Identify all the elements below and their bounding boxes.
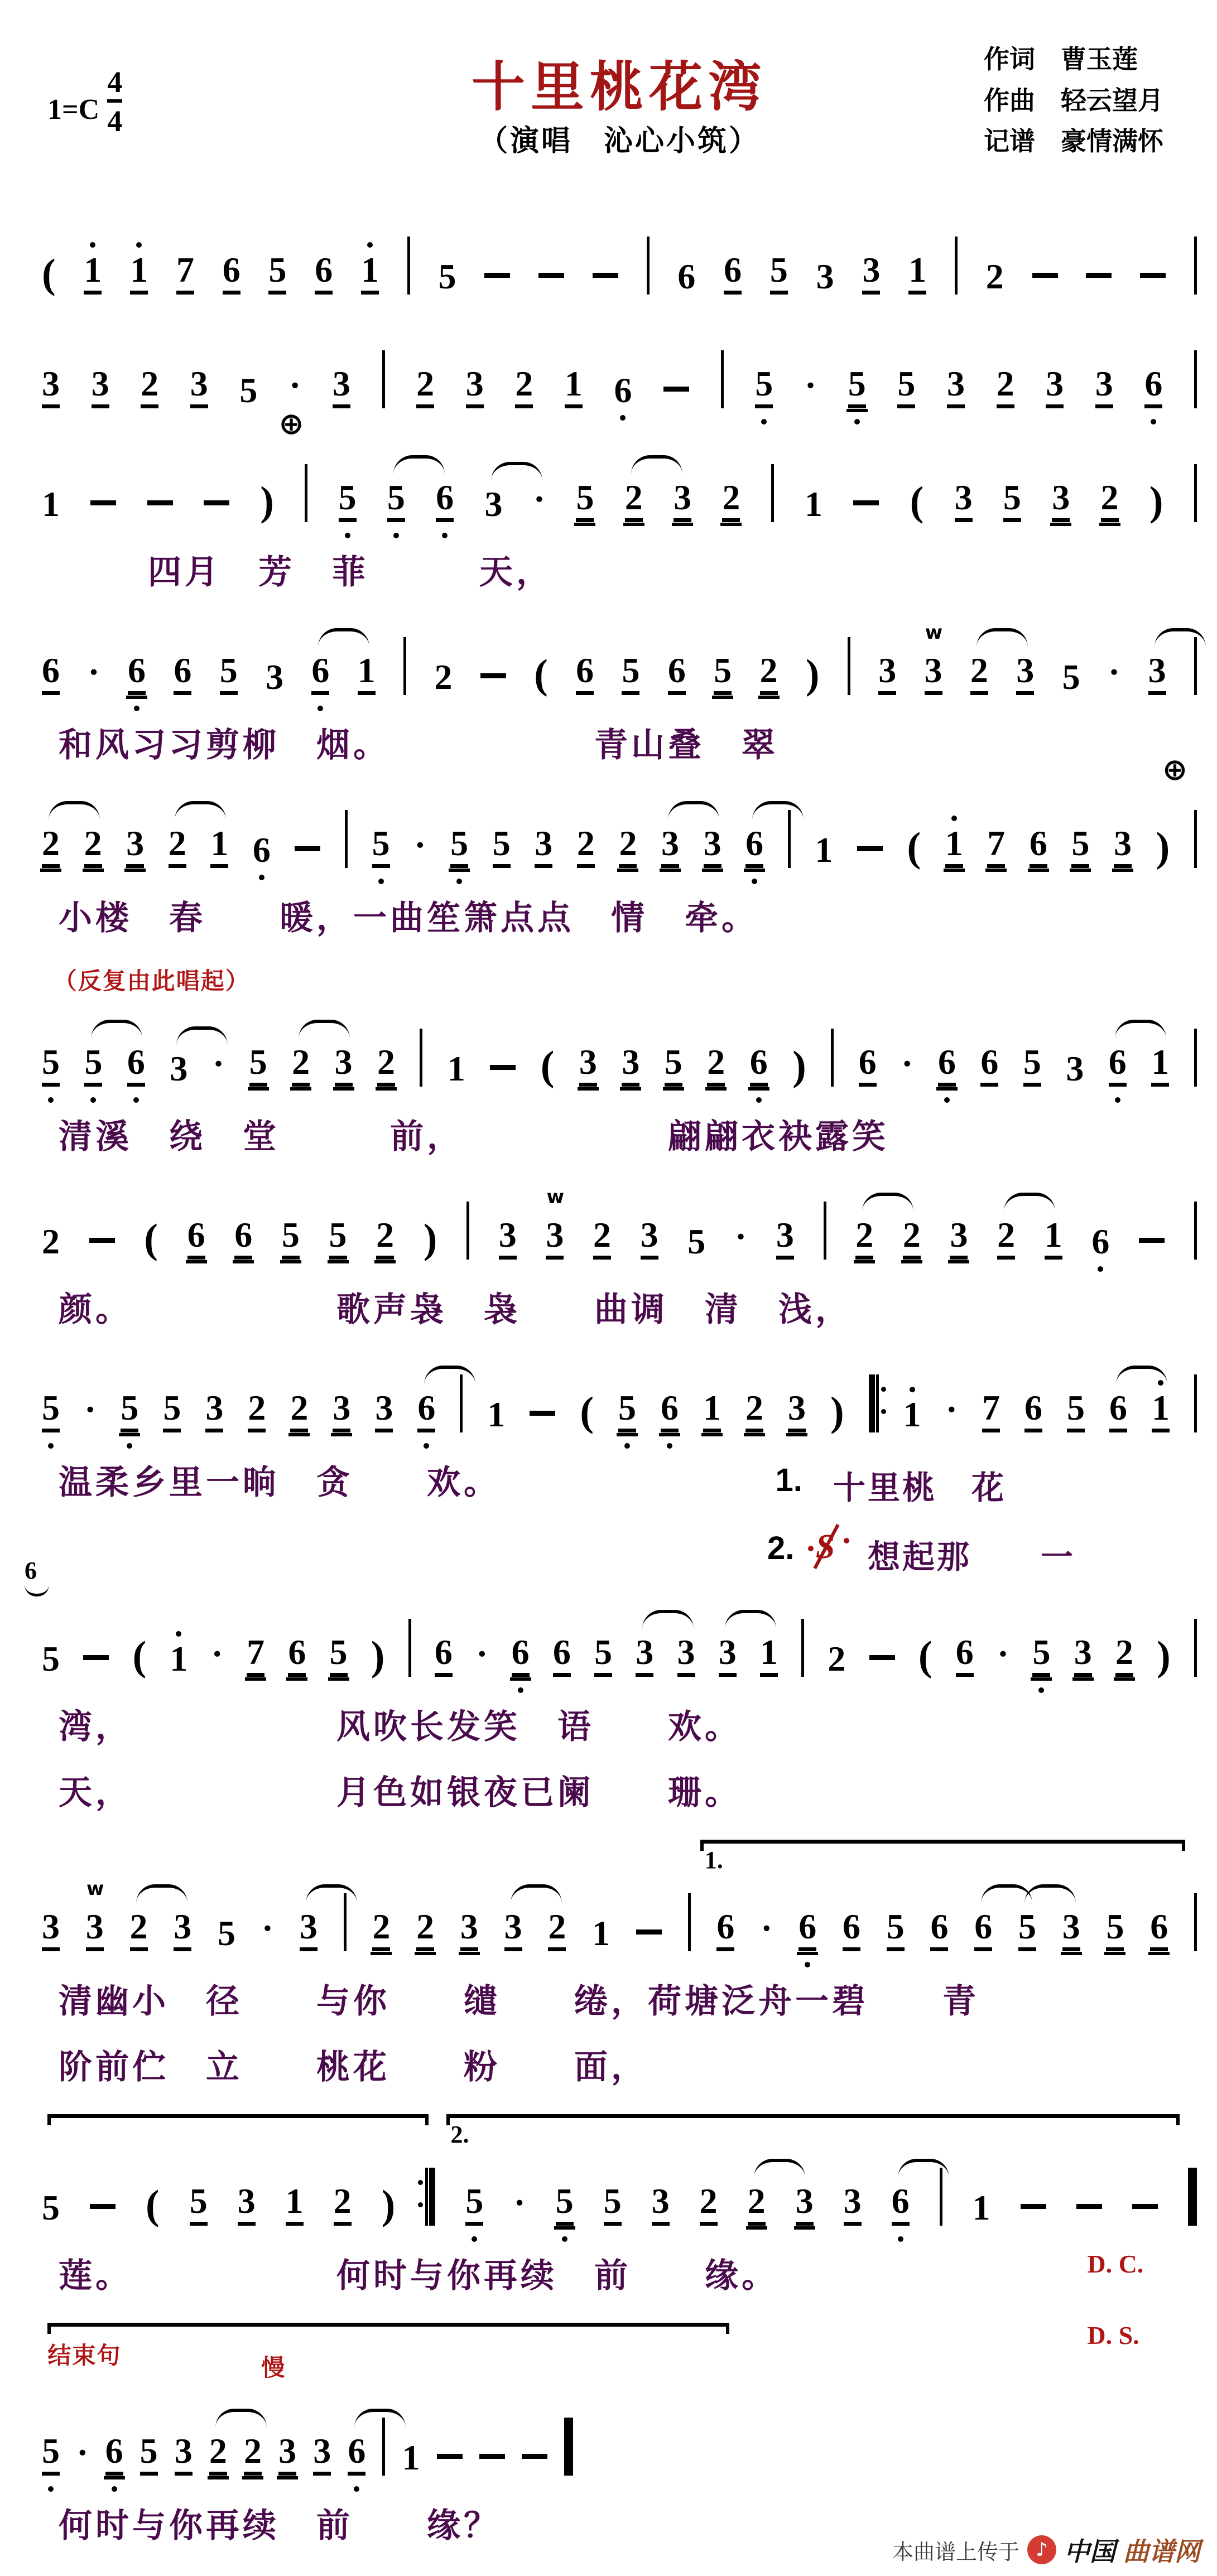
note-token: 5 <box>42 1641 60 1677</box>
note-token: 3 <box>950 1217 968 1260</box>
note-digit: 3 <box>950 1215 968 1255</box>
dotted-note-dot: · <box>513 2182 525 2223</box>
note-digit: 2 <box>986 257 1004 296</box>
octave-dot-below-icon <box>48 1097 54 1103</box>
note-token: 5 <box>387 480 405 522</box>
note-digit: 3 <box>652 2181 670 2221</box>
octave-dot-below-icon <box>456 879 462 884</box>
slur-arc-icon <box>511 1884 562 1903</box>
note-token: 5 <box>618 1390 636 1432</box>
octave-dot-above-icon <box>176 1631 181 1637</box>
note-token: 3 <box>776 1217 794 1260</box>
note-token: 1 <box>402 2440 420 2476</box>
note-token: 2 <box>997 1217 1015 1260</box>
note-digit: 6 <box>668 650 686 690</box>
note-digit: 6 <box>798 1907 816 1946</box>
barline <box>1194 1029 1197 1087</box>
duration-dash <box>479 2454 505 2459</box>
octave-dot-below-icon <box>518 1687 523 1693</box>
duration-dash <box>1140 273 1166 278</box>
lyric-text: 四月 芳 菲 天， <box>148 553 553 592</box>
note-digit: 6 <box>234 1215 252 1255</box>
note-digit: 5 <box>687 1222 705 1261</box>
note-digit: 6 <box>1109 1388 1127 1427</box>
note-token: 6 <box>512 1634 530 1677</box>
duration-dash <box>1132 2204 1158 2209</box>
note-digit: 3 <box>579 1042 597 1082</box>
lyric-line: 阶前伫 立 桃花 粉 面， <box>42 2040 1197 2096</box>
transcriber-credit: 记谱 豪情满怀 <box>984 121 1163 162</box>
note-token: 6 <box>745 826 763 868</box>
note-token: 7 <box>982 1390 1000 1432</box>
note-digit: 5 <box>714 650 732 690</box>
slur-arc-icon <box>306 1884 357 1903</box>
duration-dash <box>147 500 173 505</box>
note-digit: 2 <box>290 1388 308 1427</box>
note-digit: 2 <box>292 1042 310 1082</box>
note-token: 2 <box>986 259 1004 295</box>
note-digit: 3 <box>126 823 144 863</box>
note-token: 5 <box>42 2190 60 2226</box>
note-token: 6 <box>661 1390 679 1432</box>
note-token: 3w <box>86 1909 104 1951</box>
note-digit: 3 <box>844 2181 862 2221</box>
lyric-text: 温柔乡里一晌 贪 欢。 <box>59 1463 501 1502</box>
note-digit: 6 <box>253 830 271 870</box>
note-digit: 1 <box>1045 1215 1062 1255</box>
note-token: 3 <box>674 480 691 522</box>
note-digit: 5 <box>618 1388 636 1427</box>
note-digit: 5 <box>190 2181 208 2221</box>
note-token: 2 <box>1101 480 1119 522</box>
note-token: 6 <box>127 1044 145 1087</box>
slur-arc-icon <box>49 801 100 820</box>
note-token: 5 <box>439 259 456 295</box>
site-brand-cn: 中国 <box>1064 2531 1115 2568</box>
note-digit: 1 <box>903 1395 921 1434</box>
note-digit: 7 <box>247 1632 264 1672</box>
lyric-text: 清溪 绕 堂 前， 翩翩衣袂露笑 <box>59 1117 889 1156</box>
note-token: 3 <box>677 1634 695 1677</box>
note-token: 6 <box>677 259 695 295</box>
note-digit: 5 <box>604 2181 622 2221</box>
note-digit: 6 <box>42 650 60 690</box>
note-token: 5 <box>140 2433 158 2476</box>
note-token: 1 <box>908 252 926 295</box>
parenthesis: ) <box>830 1391 844 1432</box>
duration-dash <box>90 500 116 505</box>
barline <box>1194 810 1197 868</box>
note-token: 6 <box>105 2433 123 2476</box>
note-token: 2 <box>416 366 434 408</box>
note-digit: 1 <box>487 1395 505 1434</box>
note-token: 1 <box>1152 1390 1170 1432</box>
lyric-text: 阶前伫 立 桃花 粉 面， <box>59 2048 648 2087</box>
note-digit: 6 <box>980 1042 998 1082</box>
parenthesis: ( <box>146 2184 160 2226</box>
note-digit: 3 <box>375 1388 393 1427</box>
barline <box>721 350 724 408</box>
note-token: 3 <box>375 1390 393 1432</box>
note-digit: 1 <box>945 823 963 863</box>
barline <box>420 1029 422 1087</box>
music-line: 33w235·32233216·665665356 <box>42 1868 1197 1971</box>
octave-dot-below-icon <box>112 2486 117 2492</box>
octave-dot-below-icon <box>472 2236 477 2242</box>
note-token: 3 <box>652 2183 670 2226</box>
repeat-end-barline <box>425 2168 435 2226</box>
slur-arc-icon <box>215 2409 267 2428</box>
note-token: 6 <box>253 832 271 868</box>
slur-arc-icon <box>175 801 226 820</box>
note-token: 5 <box>329 1217 347 1260</box>
note-token: 2 <box>515 366 533 408</box>
note-digit: 3 <box>175 2431 193 2471</box>
note-digit: 6 <box>435 1632 453 1672</box>
note-digit: 2 <box>748 2181 766 2221</box>
lyric-line: 颜。 歌声袅 袅 曲调 清 浅， <box>42 1283 1197 1339</box>
lyric-line: 和风习习剪柳 烟。 青山叠 翠 <box>42 718 1197 774</box>
note-token: 2 <box>434 659 452 695</box>
note-token: 1 <box>703 1390 721 1432</box>
note-token: 6 <box>311 653 329 695</box>
octave-dot-below-icon <box>48 1443 54 1449</box>
music-line: (117656156653312 <box>42 211 1197 315</box>
note-token: 2 <box>248 1390 266 1432</box>
note-token: 2 <box>169 826 186 868</box>
note-digit: 6 <box>716 1907 734 1946</box>
note-token: 3 <box>278 2433 296 2476</box>
note-token: 6 <box>288 1634 306 1677</box>
octave-dot-below-icon <box>133 1097 139 1103</box>
lyric-line: 清溪 绕 堂 前， 翩翩衣袂露笑 <box>42 1110 1197 1166</box>
note-token: 6 <box>417 1390 435 1432</box>
octave-dot-below-icon <box>1151 419 1156 424</box>
barline <box>1194 464 1197 522</box>
note-digit: 1 <box>908 250 926 290</box>
note-token: 2 <box>619 826 637 868</box>
note-token: 1 <box>361 252 379 295</box>
duration-dash <box>90 2204 116 2209</box>
note-token: 5 <box>1067 1390 1085 1432</box>
note-token: 1 <box>130 252 148 295</box>
slur-arc-icon <box>862 1193 913 1212</box>
note-digit: 6 <box>661 1388 679 1427</box>
note-token: 6 <box>223 252 240 295</box>
note-digit: 5 <box>239 370 257 410</box>
note-digit: 6 <box>553 1632 571 1672</box>
note-digit: 2 <box>416 364 434 403</box>
note-token: 5 <box>848 366 866 408</box>
note-digit: 5 <box>163 1388 181 1427</box>
note-digit: 3 <box>333 1388 350 1427</box>
note-digit: 3 <box>925 650 942 690</box>
note-token: 5 <box>249 1044 267 1087</box>
note-token: 3 <box>955 480 973 522</box>
music-line: 5·553223361(56123)1·76561 <box>42 1349 1197 1453</box>
note-token: 3 <box>266 659 283 695</box>
note-digit: 1 <box>805 484 822 524</box>
note-token: 1 <box>760 1634 778 1677</box>
segno-icon: S <box>816 1527 835 1567</box>
lyric-line: 湾， 风吹长发笑 语 欢。 <box>42 1700 1197 1756</box>
note-token: 5 <box>42 1044 60 1087</box>
slur-arc-icon <box>491 462 542 481</box>
duration-dash <box>89 1238 115 1243</box>
note-digit: 3 <box>546 1215 564 1255</box>
duration-dash <box>204 500 229 505</box>
dc-mark: D. C. <box>1087 2249 1143 2279</box>
lyric-text: 和风习习剪柳 烟。 青山叠 翠 <box>59 726 778 765</box>
note-token: 3 <box>1095 366 1113 408</box>
note-token: 3 <box>1046 366 1064 408</box>
note-token: 5 <box>330 1634 348 1677</box>
note-token: 6 <box>798 1909 816 1951</box>
tempo-slow-label: 慢 <box>261 2350 286 2383</box>
note-token: 1 <box>210 826 228 868</box>
note-digit: 5 <box>42 1639 60 1678</box>
note-token: 6 <box>1091 1224 1109 1260</box>
note-token: 6 <box>1030 826 1047 868</box>
note-token: 3 <box>704 826 721 868</box>
note-token: 1 <box>815 832 833 868</box>
note-token: 6 <box>974 1909 992 1951</box>
parenthesis: ) <box>260 481 274 522</box>
note-token: 6 <box>724 252 742 295</box>
note-token: 6 <box>938 1044 956 1087</box>
note-digit: 3 <box>719 1632 737 1672</box>
barline <box>1194 1619 1197 1677</box>
octave-dot-above-icon <box>367 242 373 248</box>
note-token: 2 <box>376 1217 394 1260</box>
note-digit: 6 <box>1091 1222 1109 1261</box>
octave-dot-below-icon <box>127 1443 132 1449</box>
octave-dot-below-icon <box>345 533 350 538</box>
verse-1-text: 十里桃 花 <box>833 1461 1006 1508</box>
note-digit: 5 <box>372 823 390 863</box>
note-token: 7 <box>247 1634 264 1677</box>
parenthesis: ) <box>806 654 820 695</box>
note-digit: 5 <box>493 823 511 863</box>
note-token: 6 <box>614 373 632 408</box>
note-digit: 1 <box>1151 1042 1169 1082</box>
note-digit: 1 <box>286 2181 304 2221</box>
note-digit: 2 <box>141 364 158 403</box>
note-digit: 6 <box>105 2431 123 2471</box>
note-digit: 5 <box>1067 1388 1085 1427</box>
note-digit: 3 <box>1016 650 1034 690</box>
parenthesis: ( <box>132 1636 146 1677</box>
note-digit: 2 <box>515 364 533 403</box>
note-digit: 6 <box>614 370 632 410</box>
note-token: 5 <box>268 252 286 295</box>
coda-icon: ⊕ <box>278 406 304 441</box>
parenthesis: ) <box>1157 1636 1171 1677</box>
parenthesis: ( <box>534 654 548 695</box>
note-token: 5 <box>897 366 915 408</box>
note-digit: 3 <box>238 2181 256 2221</box>
note-token: 3 <box>313 2433 331 2476</box>
note-digit: 3 <box>1066 1049 1084 1088</box>
note-digit: 6 <box>512 1632 530 1672</box>
note-digit: 6 <box>677 257 695 296</box>
note-token: 5 <box>1018 1909 1036 1951</box>
note-digit: 5 <box>556 2181 574 2221</box>
note-token: 6 <box>553 1634 571 1677</box>
note-digit: 6 <box>1024 1388 1042 1427</box>
note-digit: 6 <box>223 250 240 290</box>
note-token: 6 <box>930 1909 948 1951</box>
note-token: 5 <box>339 480 357 522</box>
duration-dash <box>295 846 320 851</box>
footer: 本曲谱上传于 ♪ 中国 曲谱网 <box>892 2531 1200 2568</box>
note-digit: 3 <box>460 1907 478 1946</box>
note-token: 2 <box>292 1044 310 1087</box>
note-digit: 6 <box>348 2431 365 2471</box>
lyric-text: 天， 月色如银夜已阑 珊。 <box>59 1773 742 1812</box>
duration-dash <box>437 2454 463 2459</box>
note-token: 5 <box>770 252 788 295</box>
score: (11765615665331233235·3232165·55323361)5… <box>42 211 1197 2555</box>
octave-dot-below-icon <box>898 2236 903 2242</box>
lyric-text: 莲。 何时与你再续 前 缘。 <box>59 2256 778 2295</box>
slur-arc-icon <box>1155 628 1206 647</box>
note-token: 2 <box>334 2183 352 2226</box>
note-digit: 2 <box>372 1907 390 1946</box>
note-token: 3 <box>788 1390 806 1432</box>
octave-dot-below-icon <box>761 419 767 424</box>
note-digit: 5 <box>1062 657 1080 697</box>
note-token: 5 <box>220 653 238 695</box>
note-digit: 2 <box>1115 1632 1133 1672</box>
note-digit: 3 <box>674 477 691 517</box>
dotted-note-dot: · <box>213 1043 224 1084</box>
note-token: 3 <box>1148 653 1166 695</box>
note-token: 3 <box>460 1909 478 1951</box>
barline <box>647 237 650 295</box>
note-digit: 5 <box>450 823 468 863</box>
note-digit: 6 <box>974 1907 992 1946</box>
note-token: 2 <box>828 1641 845 1677</box>
octave-dot-below-icon <box>48 2486 54 2492</box>
note-digit: 6 <box>750 1042 768 1082</box>
octave-dot-below-icon <box>667 1443 672 1449</box>
note-digit: 1 <box>358 650 376 690</box>
note-token: 6 <box>187 1217 205 1260</box>
duration-dash <box>480 673 506 678</box>
note-digit: 1 <box>592 1913 610 1953</box>
note-token: 1 <box>286 2183 304 2226</box>
note-token: 6 <box>750 1044 768 1087</box>
annotation-row: 2.S想起那 一 <box>42 1522 1197 1583</box>
octave-dot-below-icon <box>756 1097 762 1103</box>
note-token: 3 <box>1114 826 1132 868</box>
duration-dash <box>484 273 510 278</box>
site-brand-name: 曲谱网 <box>1123 2531 1200 2568</box>
note-token: 5 <box>687 1224 705 1260</box>
duration-dash <box>1086 273 1112 278</box>
note-digit: 3 <box>1148 650 1166 690</box>
octave-dot-below-icon <box>752 879 757 884</box>
octave-dot-below-icon <box>854 419 860 424</box>
note-digit: 5 <box>387 477 405 517</box>
note-digit: 6 <box>938 1042 956 1082</box>
note-digit: 3 <box>788 1388 806 1427</box>
verse-2-number: 2. <box>767 1530 794 1567</box>
slur-arc-icon <box>91 1020 142 1039</box>
note-token: 5 <box>450 826 468 868</box>
note-token: 2 <box>722 480 740 522</box>
parenthesis: ) <box>371 1636 385 1677</box>
lyric-text: 颜。 歌声袅 袅 曲调 清 浅， <box>59 1290 852 1329</box>
note-token: 5 <box>465 2183 483 2226</box>
note-token: 3 <box>636 1634 653 1677</box>
dotted-note-dot: · <box>735 1216 747 1257</box>
music-line: 5563·52321(33526)6·665361 <box>42 1003 1197 1107</box>
note-digit: 5 <box>218 1913 235 1953</box>
note-token: 2 <box>577 826 595 868</box>
octave-dot-above-icon <box>1158 1380 1163 1386</box>
note-digit: 1 <box>210 823 228 863</box>
note-token: 5 <box>576 480 594 522</box>
note-token: 5 <box>594 1634 612 1677</box>
note-token: 5 <box>755 366 773 408</box>
octave-dot-below-icon <box>354 2486 359 2492</box>
lyric-text: 何时与你再续 前 缘？ <box>59 2506 501 2545</box>
octave-dot-above-icon <box>136 242 142 248</box>
note-digit: 3 <box>1095 364 1113 403</box>
note-digit: 2 <box>377 1042 395 1082</box>
note-token: 3 <box>300 1909 318 1951</box>
barline <box>831 1029 834 1087</box>
note-token: 1 <box>973 2190 990 2226</box>
note-digit: 1 <box>760 1632 778 1672</box>
note-token: 5 <box>42 2433 60 2476</box>
note-token: 2 <box>593 1217 611 1260</box>
note-token: 2 <box>141 366 158 408</box>
note-token: 3 <box>844 2183 862 2226</box>
note-digit: 5 <box>339 477 357 517</box>
lyric-line: 清幽小 径 与你 缱 绻，荷塘泛舟一碧 青 <box>42 1975 1197 2030</box>
duration-dash <box>869 1655 895 1660</box>
note-digit: 2 <box>760 650 778 690</box>
note-digit: 3 <box>499 1215 517 1255</box>
barline <box>771 464 774 522</box>
note-digit: 6 <box>843 1907 860 1946</box>
duration-dash <box>1021 2204 1046 2209</box>
note-token: 3 <box>504 1909 522 1951</box>
mordent-icon: w <box>925 621 941 644</box>
note-token: 5 <box>556 2183 574 2226</box>
note-token: 5 <box>282 1217 300 1260</box>
lyric-text: 小楼 春 暖，一曲笙箫点点 情 牵。 <box>59 899 758 938</box>
parenthesis: ( <box>910 481 924 522</box>
note-digit: 3 <box>42 1907 60 1946</box>
note-digit: 2 <box>42 1222 60 1261</box>
lyric-text: 清幽小 径 与你 缱 绻，荷塘泛舟一碧 青 <box>59 1982 979 2021</box>
note-token: 3w <box>546 1217 564 1260</box>
note-digit: 2 <box>1101 477 1119 517</box>
duration-dash <box>530 1411 555 1416</box>
octave-dot-below-icon <box>259 875 264 880</box>
barline <box>1194 237 1197 295</box>
note-digit: 5 <box>770 250 788 290</box>
note-token: 5 <box>1003 480 1021 522</box>
note-digit: 5 <box>887 1907 905 1946</box>
barline <box>305 464 307 522</box>
note-token: 3 <box>170 1051 187 1087</box>
note-digit: 3 <box>335 1042 353 1082</box>
